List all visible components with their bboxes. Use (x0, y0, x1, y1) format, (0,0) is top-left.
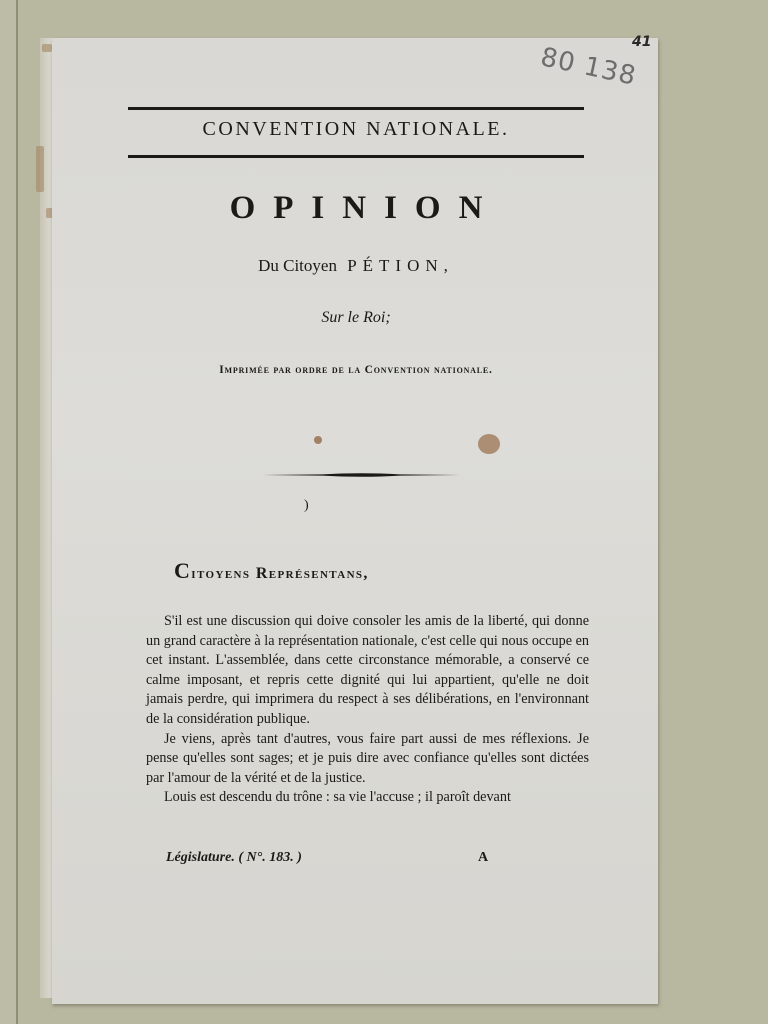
signature-mark: A (478, 850, 488, 866)
byline-prefix: Du Citoyen (258, 256, 337, 275)
folder-cover (0, 0, 16, 1024)
assembly-header: CONVENTION NATIONALE. (128, 118, 584, 141)
spine-stain (42, 44, 52, 52)
salutation-text: itoyens Représentans, (191, 565, 369, 582)
body-text: S'il est une discussion qui doive consol… (146, 612, 589, 808)
author-name: PÉTION, (347, 256, 454, 275)
paragraph: Louis est descendu du trône : sa vie l'a… (146, 788, 589, 808)
paragraph: S'il est une discussion qui doive consol… (146, 612, 589, 730)
series-footer: Législature. ( N°. 183. ) (166, 850, 302, 866)
ornamental-rule (262, 472, 460, 478)
folio-number-annotation: 41 (632, 34, 651, 50)
spine-stain (36, 146, 44, 192)
document-title: OPINION (128, 190, 584, 227)
paragraph: Je viens, après tant d'autres, vous fair… (146, 730, 589, 789)
foxing-spot (314, 436, 322, 444)
document-subject: Sur le Roi; (128, 309, 584, 327)
header-rule-bottom (128, 155, 584, 158)
salutation-initial: C (174, 558, 191, 583)
foxing-spot (478, 434, 500, 454)
document-page (52, 38, 658, 1004)
folder-crease (16, 0, 18, 1024)
header-rule-top (128, 107, 584, 110)
salutation: Citoyens Représentans, (174, 558, 369, 584)
author-byline: Du Citoyen PÉTION, (128, 256, 584, 276)
ornament-mark: ) (304, 498, 309, 514)
imprint-line: Imprimée par ordre de la Convention nati… (128, 364, 584, 376)
